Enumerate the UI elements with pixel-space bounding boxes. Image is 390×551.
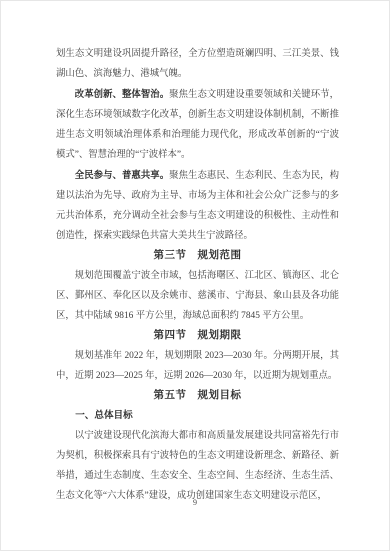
paragraph-scope: 规划范围覆盖宁波全市域，包括海曙区、江北区、镇海区、北仑区、鄞州区、奉化区以及余… (56, 266, 339, 326)
paragraph-overall-goal: 以宁波建设现代化滨海大都市和高质量发展建设共同富裕先行市为契机，积极探索具有宁波… (56, 426, 339, 506)
section-heading-goals: 第五节 规划目标 (56, 386, 339, 406)
paragraph-text: 聚焦生态文明建设重要领域和关键环节，深化生态环境领域数字化改革，创新生态文明建设… (56, 90, 339, 160)
section-heading-scope: 第三节 规划范围 (56, 246, 339, 266)
paragraph-period: 规划基准年 2022 年，规划期限 2023—2030 年。分两期开展，其中，近… (56, 346, 339, 386)
document-page: 划生态文明建设巩固提升路径，全方位塑造斑斓四明、三江美景、钱湖山色、滨海魅力、港… (0, 0, 390, 551)
paragraph-reform-innovation: 改革创新、整体智治。聚焦生态文明建设重要领域和关键环节，深化生态环境领域数字化改… (56, 84, 339, 165)
paragraph-public-participation: 全民参与、普惠共享。聚焦生态惠民、生态利民、生态为民，构建以法治为先导、政府为主… (56, 165, 339, 246)
page-number: 9 (1, 498, 389, 508)
subheading-overall-goal: 一、总体目标 (56, 406, 339, 426)
paragraph-lead: 改革创新、整体智治。 (75, 88, 169, 99)
section-heading-period: 第四节 规划期限 (56, 326, 339, 346)
paragraph-lead: 全民参与、普惠共享。 (75, 169, 169, 180)
continued-paragraph: 划生态文明建设巩固提升路径，全方位塑造斑斓四明、三江美景、钱湖山色、滨海魅力、港… (56, 44, 339, 84)
paragraph-text: 聚焦生态惠民、生态利民、生态为民，构建以法治为先导、政府为主导、市场为主体和社会… (56, 171, 339, 241)
text-block: 划生态文明建设巩固提升路径，全方位塑造斑斓四明、三江美景、钱湖山色、滨海魅力、港… (56, 44, 339, 506)
